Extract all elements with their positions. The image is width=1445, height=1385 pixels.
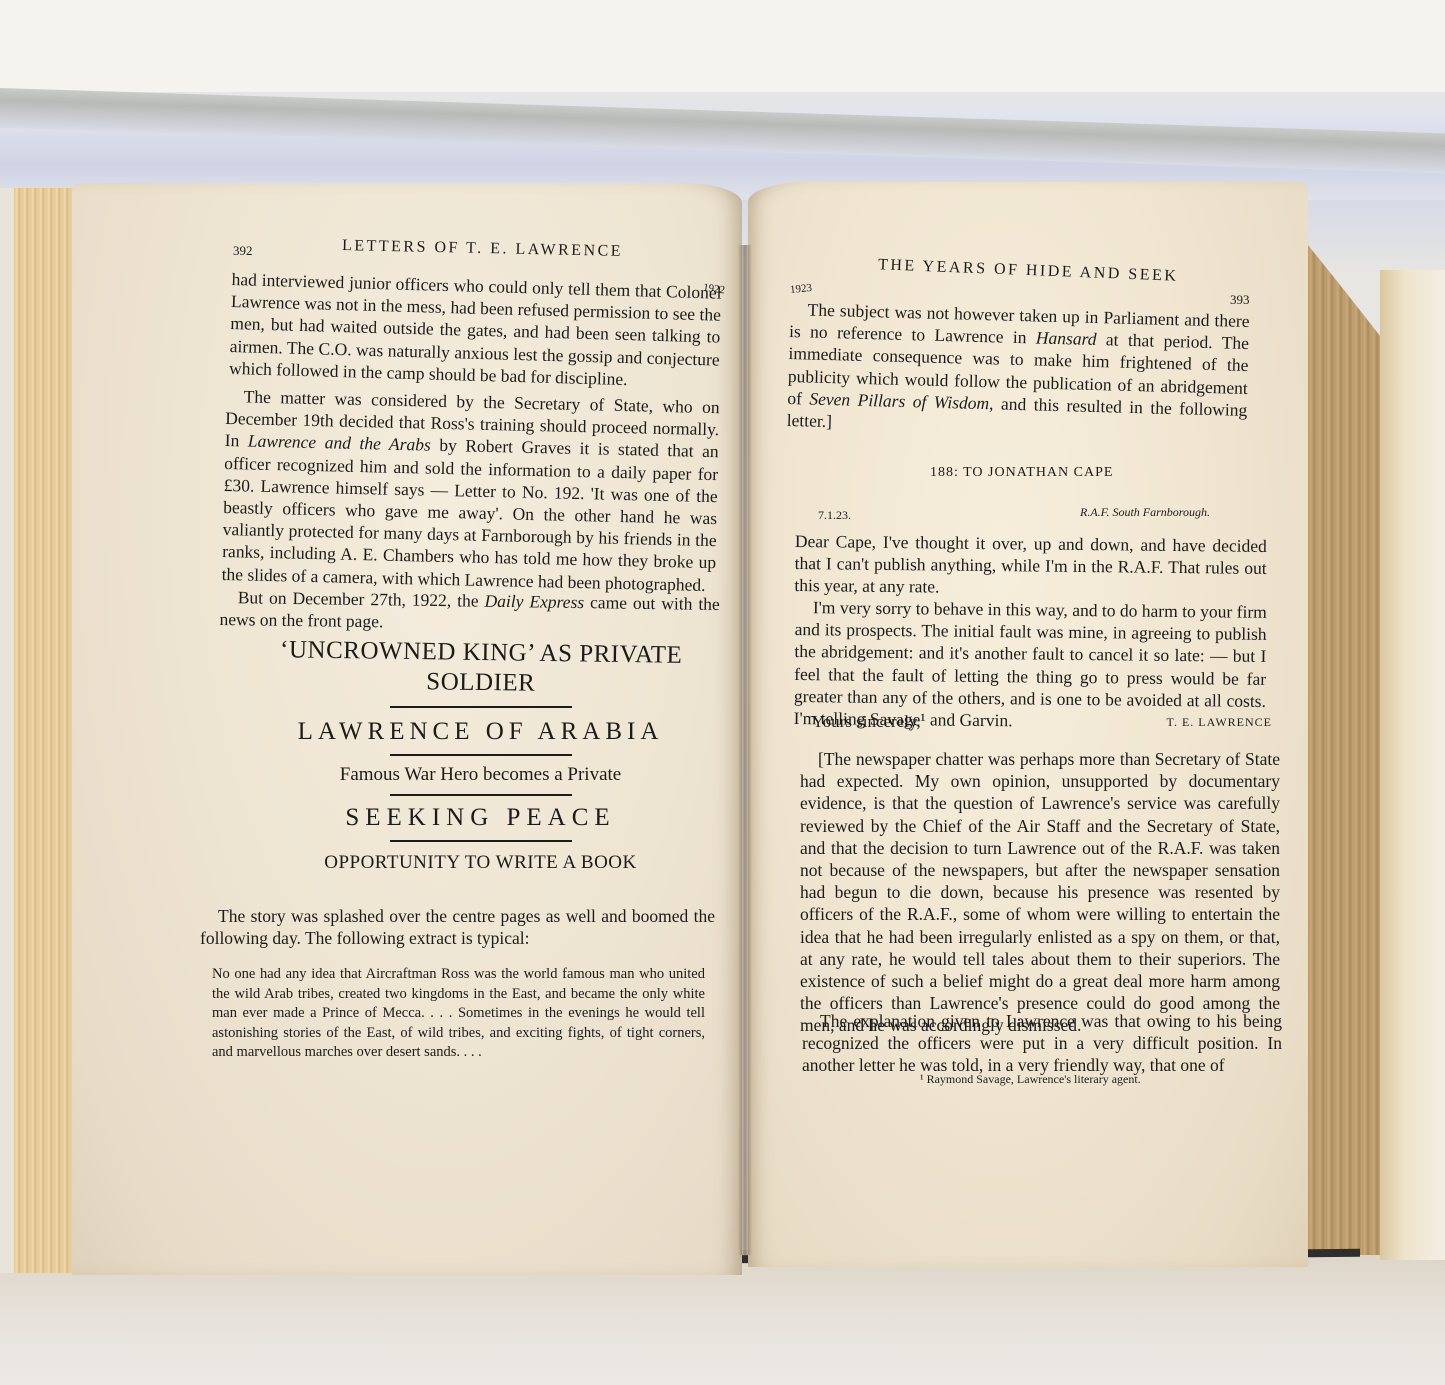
wall-background (0, 0, 1445, 92)
letter-body-1: Dear Cape, I've thought it over, up and … (794, 530, 1267, 602)
right-cover-board (1380, 270, 1445, 1260)
headline-rule (390, 754, 572, 756)
newspaper-extract: No one had any idea that Aircraftman Ros… (212, 965, 705, 1063)
headline-rule (390, 794, 572, 796)
headline-opportunity: OPPORTUNITY TO WRITE A BOOK (238, 852, 723, 874)
headline-lawrence-of-arabia: LAWRENCE OF ARABIA (238, 718, 723, 746)
left-paragraph-2: The matter was considered by the Secreta… (221, 385, 719, 596)
left-page-number: 392 (233, 243, 253, 259)
right-paragraph-2: [The newspaper chatter was perhaps more … (800, 748, 1280, 1037)
headline-uncrowned-king: ‘UNCROWNED KING’ AS PRIVATE SOLDIER (255, 635, 706, 701)
newspaper-headlines: ‘UNCROWNED KING’ AS PRIVATE SOLDIER LAWR… (238, 638, 723, 874)
newspaper-name-daily-express: Daily Express (484, 591, 584, 612)
letter-heading: 188: TO JONATHAN CAPE (930, 465, 1113, 481)
left-paragraph-1: had interviewed junior officers who coul… (229, 268, 722, 393)
left-cover-cloth (0, 188, 14, 1273)
right-page-edges (1308, 245, 1380, 1255)
book-gutter (738, 245, 752, 1255)
headline-seeking-peace: SEEKING PEACE (238, 804, 723, 832)
right-page-number: 393 (1230, 292, 1250, 308)
left-paragraph-4: The story was splashed over the centre p… (200, 905, 715, 949)
para3-text-a: But on December 27th, 1922, the (238, 587, 485, 610)
letter-date: 7.1.23. (818, 508, 851, 523)
r-para3-text: The explanation given to Lawrence was th… (802, 1011, 1282, 1075)
headline-rule (390, 840, 572, 842)
left-paragraph-3: But on December 27th, 1922, the Daily Ex… (219, 586, 720, 637)
book-title-lawrence-and-the-arabs: Lawrence and the Arabs (248, 431, 431, 455)
letter-closing: Yours sincerely, (812, 712, 921, 731)
para4-text: The story was splashed over the centre p… (200, 906, 715, 948)
hansard-title: Hansard (1036, 328, 1097, 350)
letter-place: R.A.F. South Farnborough. (1080, 505, 1210, 520)
right-paragraph-3: The explanation given to Lawrence was th… (802, 1010, 1282, 1077)
footnote: ¹ Raymond Savage, Lawrence's literary ag… (920, 1072, 1141, 1087)
r-para2-text: [The newspaper chatter was perhaps more … (800, 749, 1280, 1035)
letter-signoff: Yours sincerely, T. E. LAWRENCE (812, 712, 1272, 732)
right-year-marginal: 1923 (789, 282, 812, 296)
right-paragraph-1: The subject was not however taken up in … (787, 298, 1250, 443)
letter-signature: T. E. LAWRENCE (1167, 715, 1272, 730)
letter-body-2-text: I'm very sorry to behave in this way, an… (794, 597, 1267, 730)
headline-famous-war-hero: Famous War Hero becomes a Private (238, 764, 723, 786)
seven-pillars-title: Seven Pillars of Wisdom (809, 388, 989, 413)
headline-rule (390, 706, 572, 708)
para2-text-b: by Robert Graves it is stated that an of… (221, 435, 718, 594)
